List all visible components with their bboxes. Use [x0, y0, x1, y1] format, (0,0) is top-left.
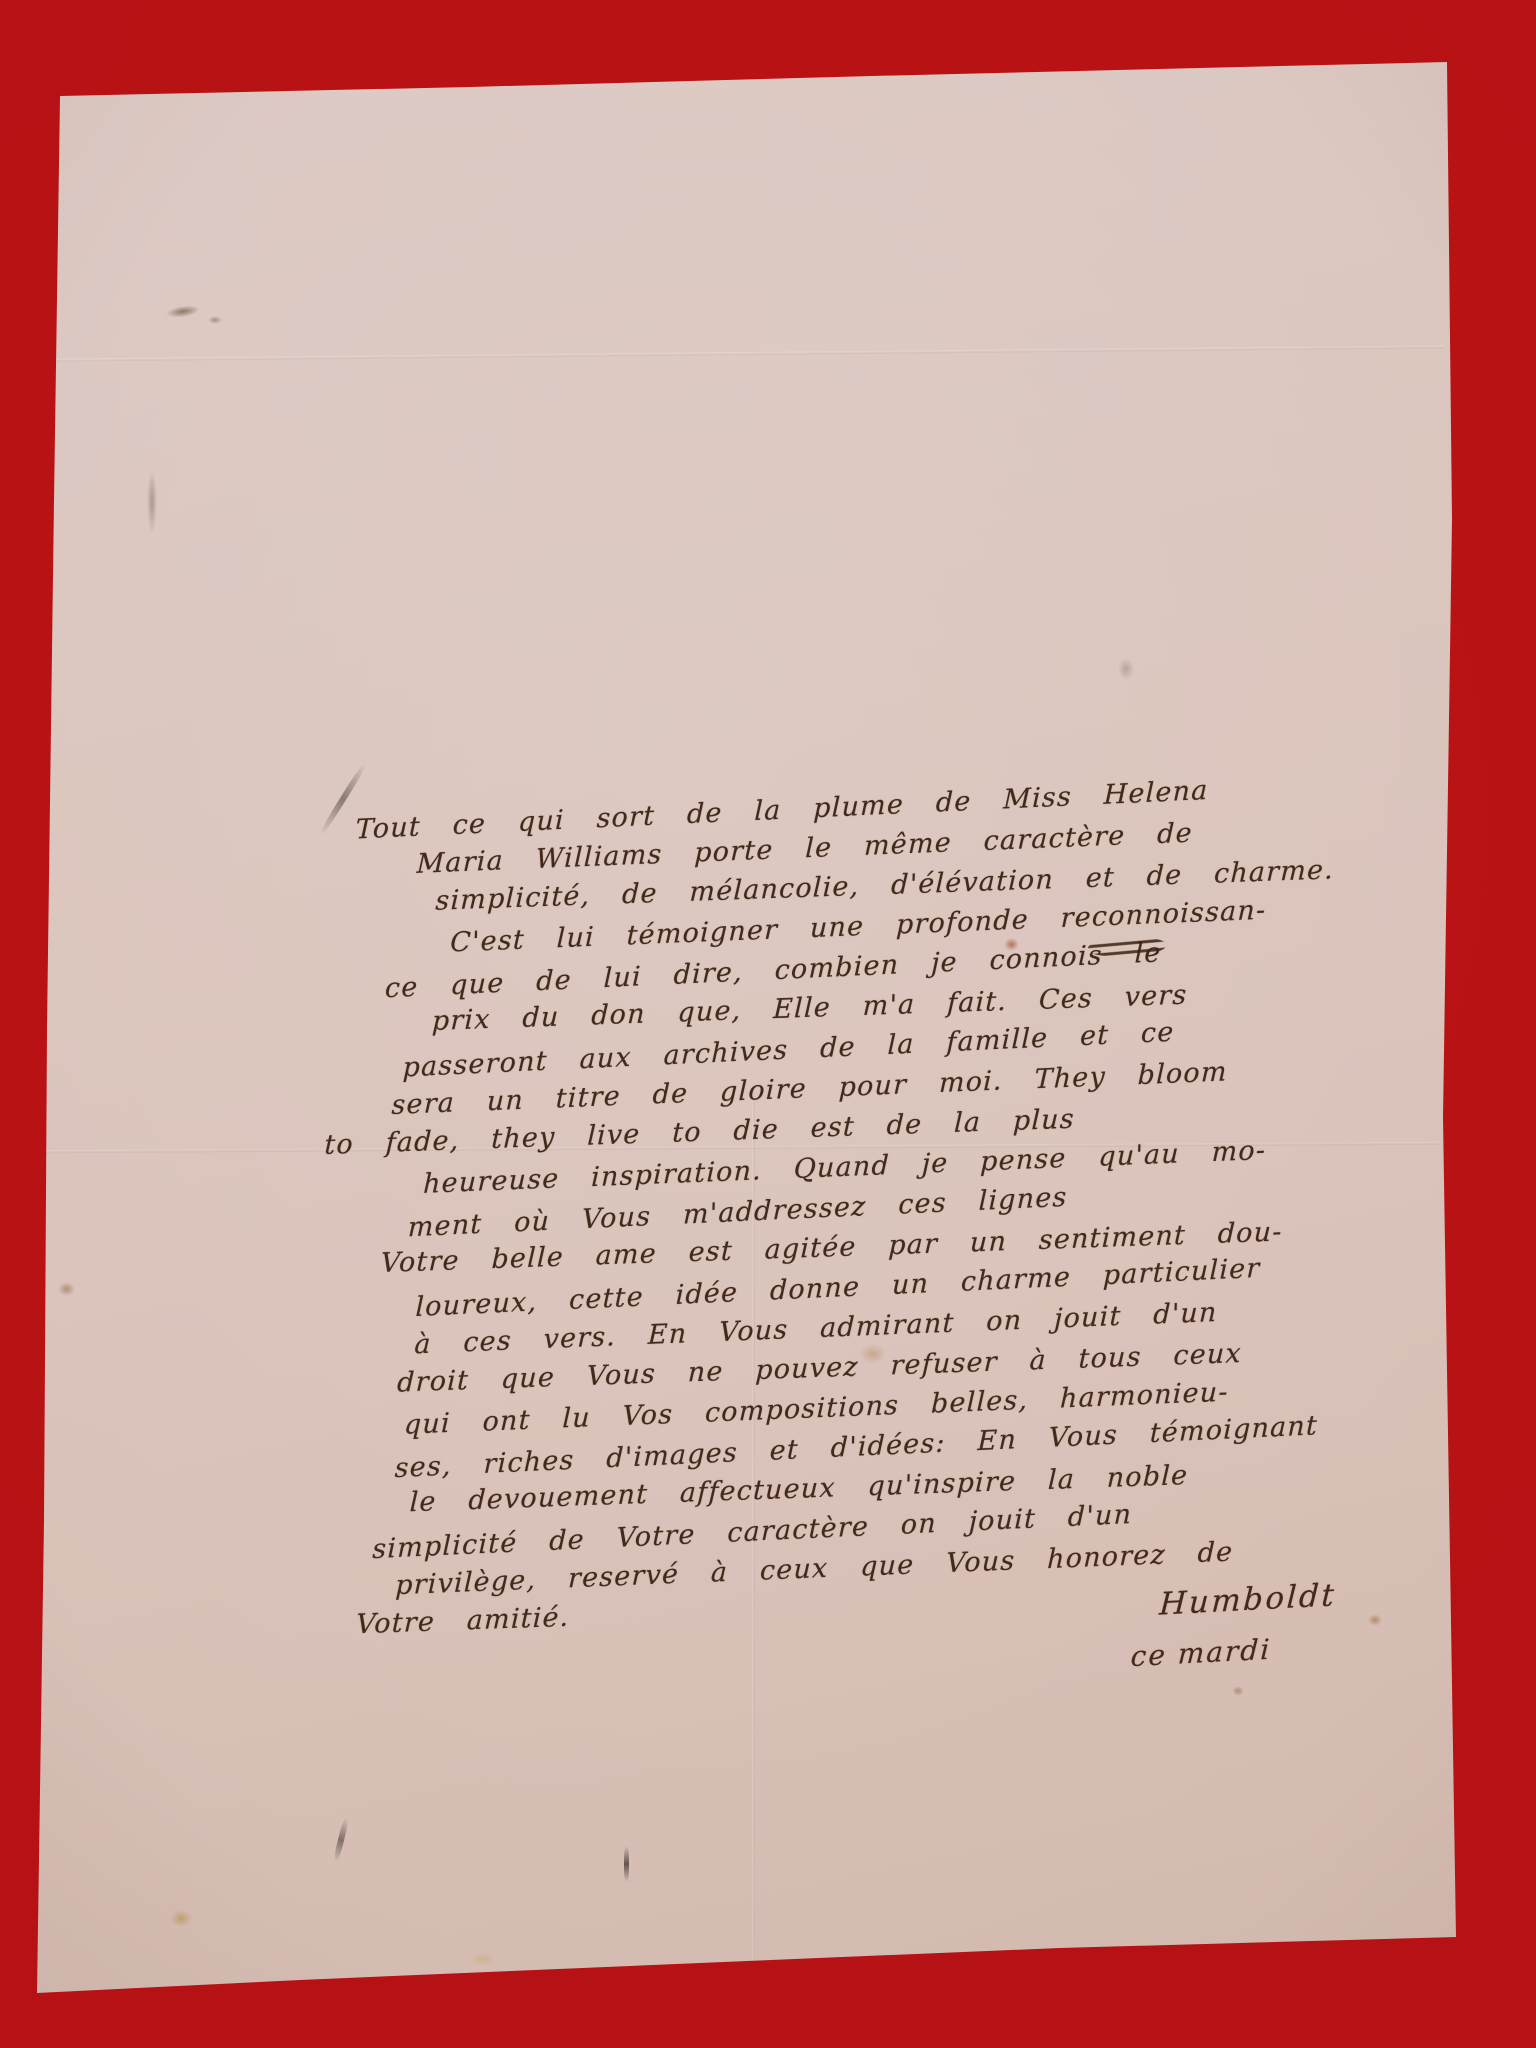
stain	[147, 470, 157, 534]
stain	[208, 316, 222, 324]
vertical-fold-crease	[876, 66, 878, 396]
dateline: ce mardi	[1130, 1629, 1335, 1673]
letter-page: Tout ce qui sort de la plume de Miss Hel…	[0, 0, 1536, 2048]
signature-block: Humboldt ce mardi	[1156, 1577, 1337, 1672]
ink-mark	[624, 1846, 629, 1882]
letter-body: Tout ce qui sort de la plume de Miss Hel…	[305, 764, 1437, 1650]
foxing-spot	[1232, 1686, 1244, 1696]
foxing-spot	[58, 1282, 75, 1296]
ink-mark	[333, 1818, 349, 1862]
stain	[470, 1952, 496, 1966]
foxing-spot	[170, 1910, 192, 1927]
foxing-spot	[1368, 1614, 1382, 1626]
stain	[165, 304, 200, 320]
pencil-mark	[1118, 658, 1134, 680]
horizontal-fold-crease	[54, 345, 1444, 361]
photo-backdrop: Tout ce qui sort de la plume de Miss Hel…	[0, 0, 1536, 2048]
